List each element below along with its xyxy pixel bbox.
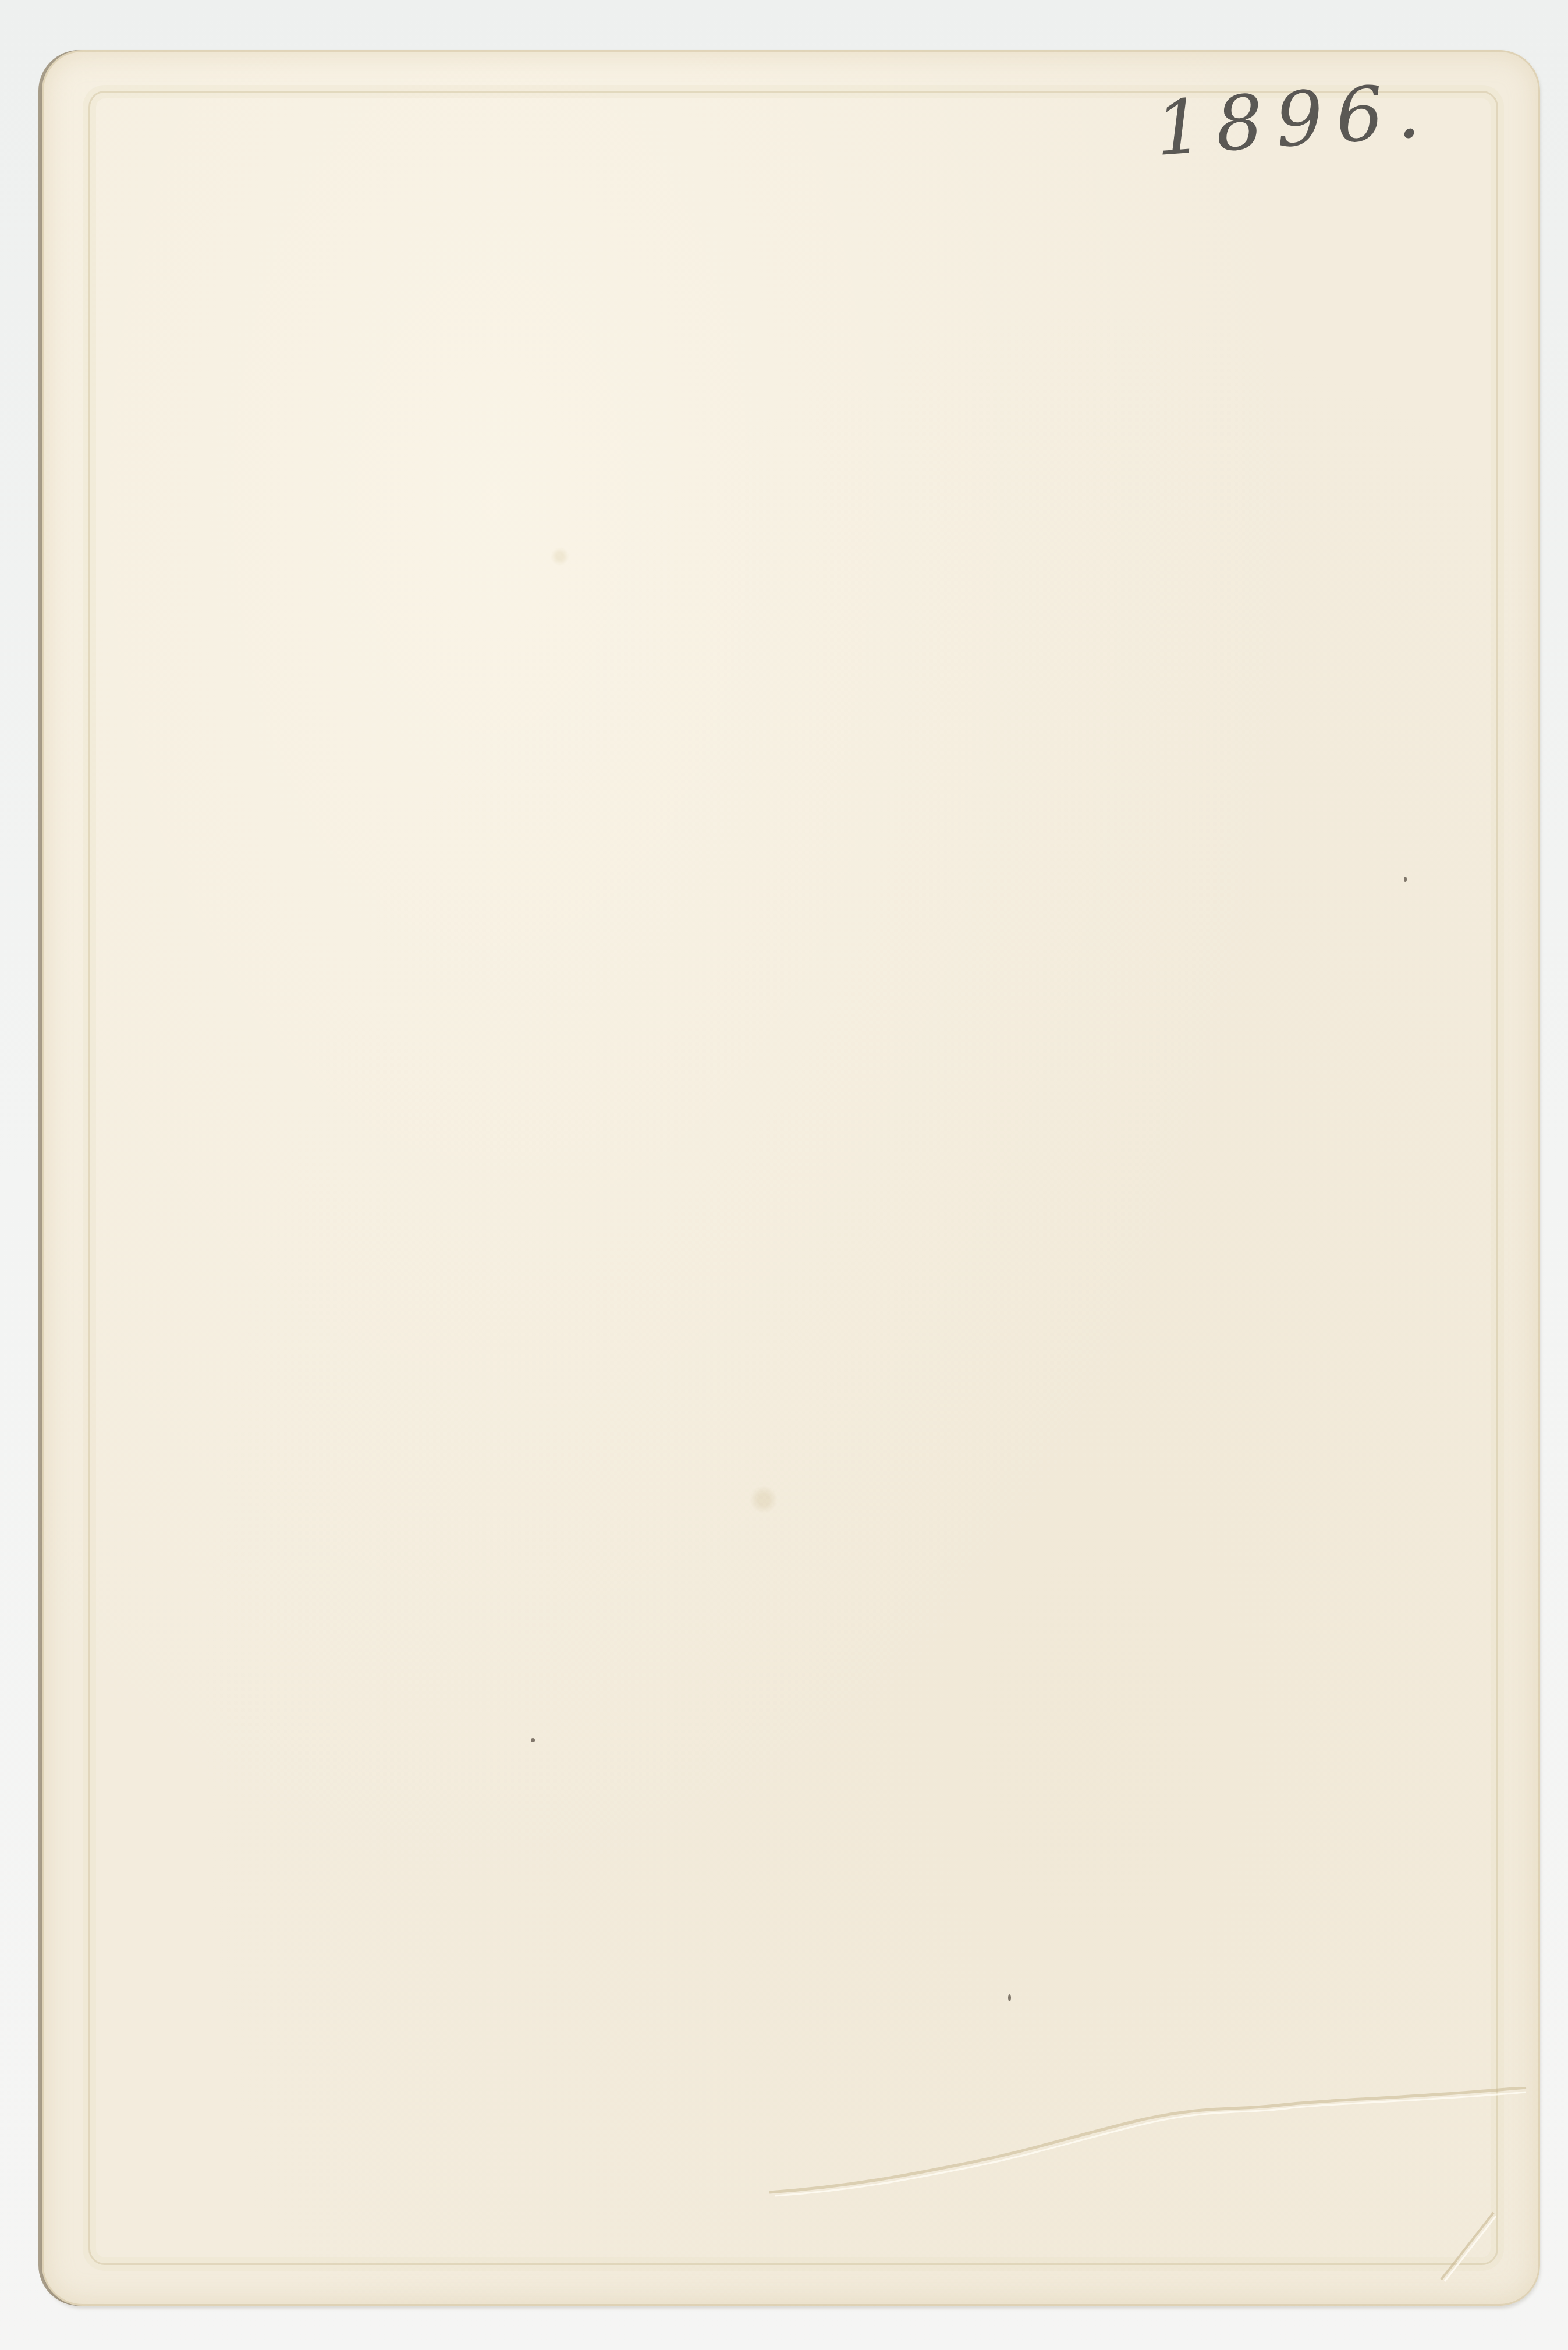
handwritten-year: 1896. xyxy=(1153,73,1435,167)
ink-speck xyxy=(531,1738,535,1742)
paper-crease xyxy=(758,2087,1532,2216)
cabinet-card-back: 1896. xyxy=(42,50,1540,2306)
ink-speck xyxy=(1008,1994,1011,2001)
ink-speck xyxy=(1404,877,1407,882)
corner-crease xyxy=(1435,2201,1499,2282)
aged-edge-tint xyxy=(42,50,1540,2306)
embossed-inner-border xyxy=(88,91,1498,2265)
